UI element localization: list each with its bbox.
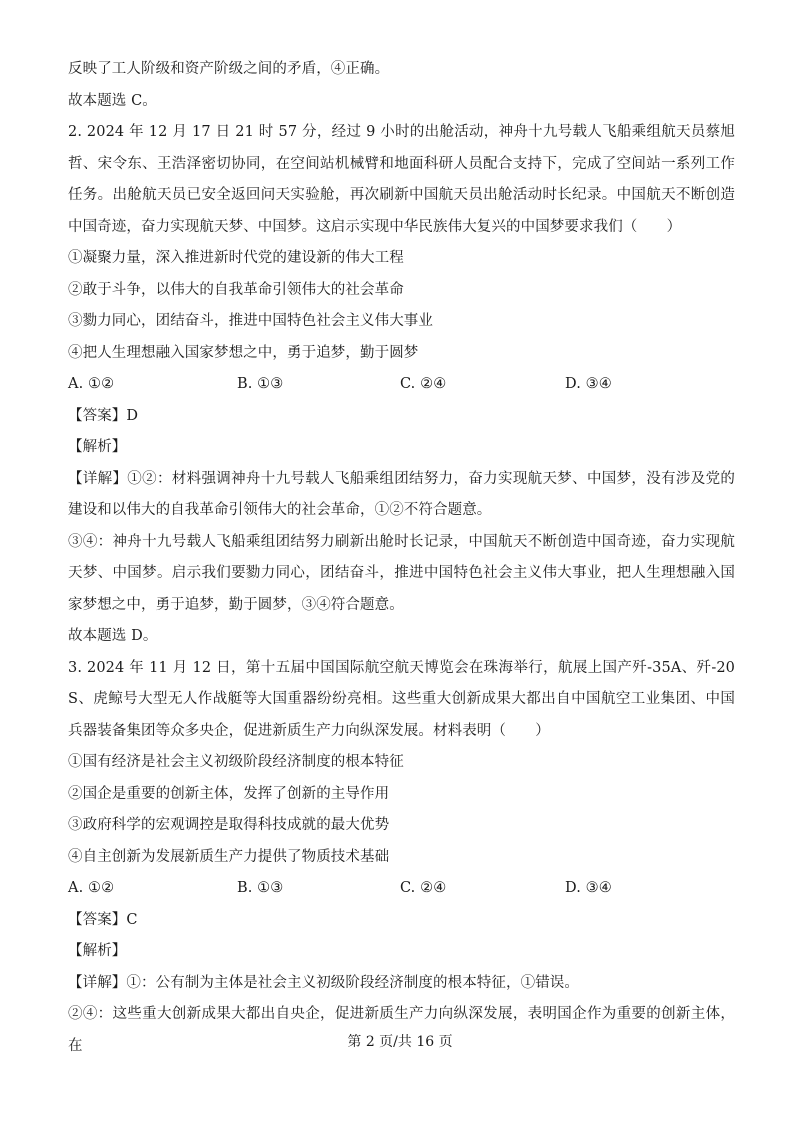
q2-choice-d: D. ③④: [565, 369, 735, 401]
q2-analysis-label: 【解析】: [68, 432, 735, 464]
q3-analysis-label: 【解析】: [68, 936, 735, 968]
q2-detail-2: ③④：神舟十九号载人飞船乘组团结努力刷新出舱时长记录，中国航天不断创造中国奇迹，…: [68, 527, 735, 622]
q2-choice-b: B. ①③: [237, 369, 400, 401]
q3-option-2: ②国企是重要的创新主体，发挥了创新的主导作用: [68, 779, 735, 811]
q3-option-4: ④自主创新为发展新质生产力提供了物质技术基础: [68, 842, 735, 874]
q3-stem: 3. 2024 年 11 月 12 日，第十五届中国国际航空航天博览会在珠海举行…: [68, 653, 735, 748]
q3-option-1: ①国有经济是社会主义初级阶段经济制度的根本特征: [68, 747, 735, 779]
page-footer: 第 2 页/共 16 页: [0, 1031, 800, 1051]
q3-choice-d: D. ③④: [565, 873, 735, 905]
document-page: 反映了工人阶级和资产阶级之间的矛盾，④正确。 故本题选 C。 2. 2024 年…: [0, 0, 800, 1131]
q3-choice-c: C. ②④: [400, 873, 565, 905]
q2-option-1: ①凝聚力量，深入推进新时代党的建设新的伟大工程: [68, 243, 735, 275]
q2-choice-a: A. ①②: [68, 369, 237, 401]
q3-option-3: ③政府科学的宏观调控是取得科技成就的最大优势: [68, 810, 735, 842]
page-content: 反映了工人阶级和资产阶级之间的矛盾，④正确。 故本题选 C。 2. 2024 年…: [68, 54, 735, 1062]
q2-choice-c: C. ②④: [400, 369, 565, 401]
q1-conclusion: 故本题选 C。: [68, 86, 735, 118]
q2-choice-row: A. ①② B. ①③ C. ②④ D. ③④: [68, 369, 735, 401]
page-number: 第 2 页/共 16 页: [347, 1034, 452, 1050]
q2-option-2: ②敢于斗争，以伟大的自我革命引领伟大的社会革命: [68, 275, 735, 307]
q1-detail-tail: 反映了工人阶级和资产阶级之间的矛盾，④正确。: [68, 54, 735, 86]
q2-option-3: ③勠力同心，团结奋斗，推进中国特色社会主义伟大事业: [68, 306, 735, 338]
q3-answer: 【答案】C: [68, 905, 735, 937]
q3-detail-1: 【详解】①：公有制为主体是社会主义初级阶段经济制度的根本特征，①错误。: [68, 968, 735, 1000]
q2-stem: 2. 2024 年 12 月 17 日 21 时 57 分，经过 9 小时的出舱…: [68, 117, 735, 243]
q3-choice-b: B. ①③: [237, 873, 400, 905]
q3-choice-a: A. ①②: [68, 873, 237, 905]
q2-detail-1: 【详解】①②：材料强调神舟十九号载人飞船乘组团结努力，奋力实现航天梦、中国梦，没…: [68, 464, 735, 527]
q2-answer: 【答案】D: [68, 401, 735, 433]
q3-choice-row: A. ①② B. ①③ C. ②④ D. ③④: [68, 873, 735, 905]
q2-option-4: ④把人生理想融入国家梦想之中，勇于追梦，勤于圆梦: [68, 338, 735, 370]
q2-conclusion: 故本题选 D。: [68, 621, 735, 653]
